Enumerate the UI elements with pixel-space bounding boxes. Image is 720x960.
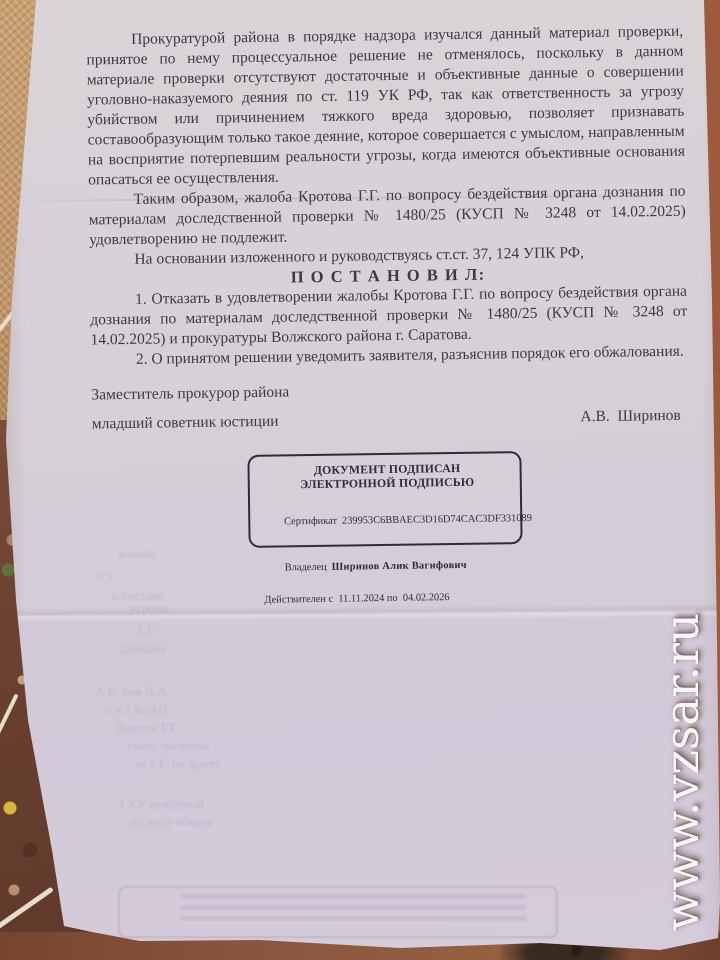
bleedthrough-stamp-line (180, 894, 526, 899)
bleedthrough-text: а у (98, 567, 114, 583)
owner-label: Владелец (285, 562, 327, 574)
certificate-label: Сертификат (284, 515, 337, 527)
stamp-title: ДОКУМЕНТ ПОДПИСАН ЭЛЕКТРОННОЙ ПОДПИСЬЮ (262, 460, 511, 491)
document-paper: Прокуратурой района в порядке надзора из… (0, 0, 720, 960)
bleedthrough-text: о ч.1 КоАП (105, 702, 168, 718)
stamp-owner-line: ВладелецШиринов Алик Вагифович (264, 542, 514, 592)
bleedthrough-text: ГУУ дежурной (120, 796, 204, 812)
bleedthrough-text: угрозы (130, 600, 169, 616)
bleedthrough-text: дознани (120, 641, 165, 657)
stamp-title-line2: ЭЛЕКТРОННОЙ ПОДПИСЬЮ (263, 474, 512, 491)
bleedthrough-text: ского эксперта (128, 738, 209, 754)
stamp-certificate-line: Сертификат239953C6BBAEC3D16D74CAC3DF3310… (263, 495, 513, 545)
bleedthrough-text: Кротов Г.Г. (118, 720, 180, 736)
photo-scene: Прокуратурой района в порядке надзора из… (0, 0, 720, 960)
signer-position-line2: младший советник юстиции (92, 412, 279, 435)
paragraph-supervision-review: Прокуратурой района в порядке надзора из… (86, 22, 685, 191)
bleedthrough-text: по делу общем (130, 814, 212, 830)
bleedthrough-text: Г.Г. (138, 622, 157, 638)
bleedthrough-stamp-outline (118, 886, 558, 938)
paragraph-complaint-conclusion: Таким образом, жалоба Кротова Г.Г. по во… (88, 182, 686, 251)
owner-name: Ширинов Алик Вагифович (332, 560, 467, 573)
bleedthrough-text: А.Е. пов Л.А. (95, 684, 170, 700)
certificate-value: 239953C6BBAEC3D16D74CAC3DF331089 (342, 513, 532, 527)
bleedthrough-stamp-line (180, 905, 526, 910)
signature-block: Заместитель прокурор района младший сове… (91, 377, 689, 435)
watermark-vzsar: www.vzsar.ru (651, 592, 715, 952)
bleedthrough-text: вления (118, 546, 156, 562)
bleedthrough-text: ва Г.Г. по факту (135, 756, 221, 772)
signer-name: А.В. Ширинов (580, 406, 689, 428)
document-content: Прокуратурой района в порядке надзора из… (86, 22, 689, 435)
bleedthrough-stamp-line (180, 916, 526, 921)
electronic-signature-stamp: ДОКУМЕНТ ПОДПИСАН ЭЛЕКТРОННОЙ ПОДПИСЬЮ С… (247, 451, 522, 548)
signer-position-line1: Заместитель прокурор района (91, 377, 688, 406)
resolution-item-1: 1. Отказать в удовлетворении жалобы Крот… (90, 282, 688, 351)
